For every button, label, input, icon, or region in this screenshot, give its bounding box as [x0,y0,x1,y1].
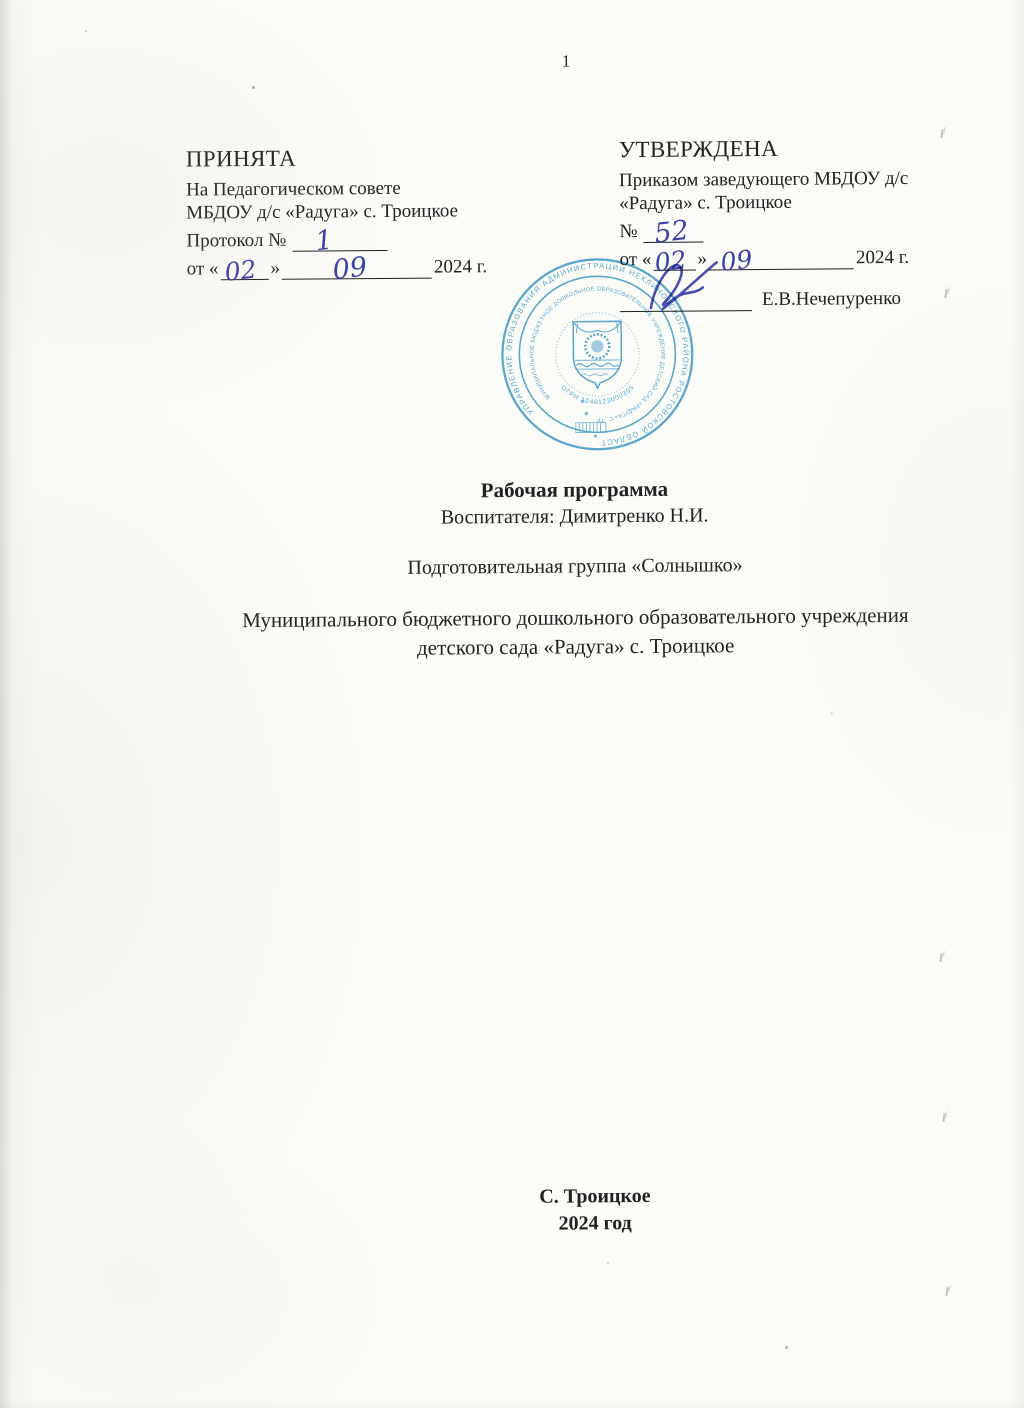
accepted-line1: На Педагогическом совете [186,177,501,202]
signature-scribble [639,255,731,318]
scan-dot [607,1262,609,1264]
approved-line2: «Радуга» с. Троицкое [619,190,954,215]
footer-block: С. Троицкое 2024 год [205,1180,985,1240]
date-close-quote: » [270,257,280,280]
scan-dot [785,1346,788,1349]
scan-artifact [940,952,945,963]
page-content: 1 ПРИНЯТА На Педагогическом совете МБДОУ… [0,0,1024,1408]
svg-text:✶: ✶ [592,433,598,441]
program-title: Рабочая программа [179,474,969,505]
approved-title: УТВЕРЖДЕНА [619,133,954,165]
organization-block: Муниципального бюджетного дошкольного об… [150,600,1000,665]
svg-text:✶: ✶ [583,409,590,418]
accepted-title: ПРИНЯТА [186,142,501,173]
page-number: 1 [536,51,596,71]
scan-dot [830,712,833,715]
date-day-handwritten: 02 [223,256,257,284]
order-number-handwritten: 52 [653,217,690,248]
accepted-block: ПРИНЯТА На Педагогическом совете МБДОУ д… [186,142,502,280]
river-wave [576,363,619,366]
program-author: Воспитателя: Димитренко Н.И. [180,502,970,531]
date-suffix: 2024 г. [434,256,487,279]
coat-of-arms-shield [573,321,621,388]
order-number-line: 52 [643,222,703,242]
approved-number-row: № 52 [619,216,954,244]
protocol-label: Протокол № [186,229,286,252]
accepted-line2: МБДОУ д/с «Радуга» с. Троицкое [186,200,501,225]
accepted-protocol-row: Протокол № 1 [186,225,501,252]
date-suffix: 2024 г. [856,246,909,269]
scan-dot [252,86,255,89]
protocol-number-handwritten: 1 [314,227,334,256]
approved-line1: Приказом заведующего МБДОУ д/с [619,168,954,193]
date-month-line: 09 [282,259,432,280]
scanned-page: 1 ПРИНЯТА На Педагогическом совете МБДОУ… [0,0,1024,1408]
scan-artifact [945,288,950,299]
protocol-number-line: 1 [292,231,387,252]
scan-dot [85,30,87,32]
svg-text:✶: ✶ [579,397,586,406]
order-number-label: № [619,221,637,244]
group-name: Подготовительная группа «Солнышко» [180,552,970,581]
shield-drapery [573,321,621,332]
accepted-date-row: от « 02 » 09 2024 г. [187,253,502,280]
signer-name: Е.В.Нечепуренко [762,288,901,311]
date-day-line: 02 [220,260,268,280]
date-month-handwritten: 09 [332,253,369,284]
scan-artifact [941,128,946,139]
scan-artifact [946,1286,951,1297]
date-prefix: от « [187,258,219,281]
footer-year: 2024 год [205,1207,985,1240]
scan-artifact [943,1112,948,1123]
